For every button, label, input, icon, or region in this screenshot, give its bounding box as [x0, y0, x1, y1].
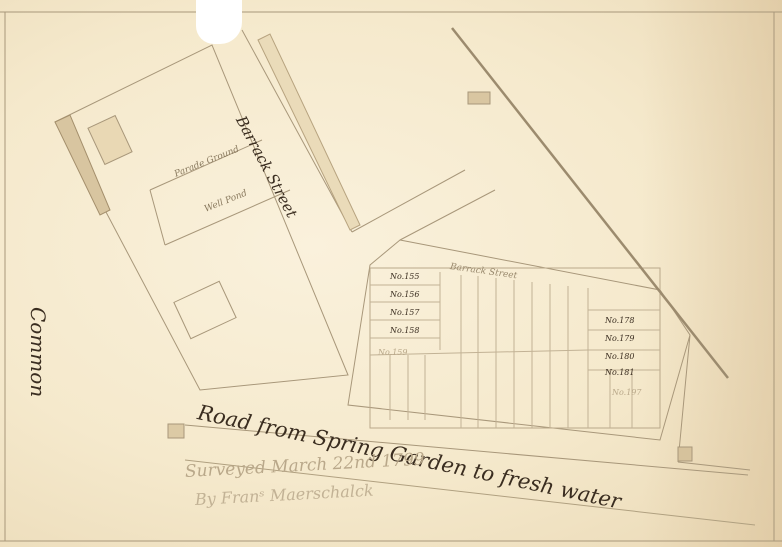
- lot-label: No.159: [378, 348, 408, 357]
- lot-label: No.197: [612, 388, 642, 397]
- lot-label: No.157: [390, 308, 420, 317]
- historic-survey-map: Road from Spring Garden to fresh water B…: [0, 0, 782, 547]
- paper-tear: [196, 0, 242, 44]
- lot-label: No.181: [605, 368, 635, 377]
- lot-label: No.178: [605, 316, 635, 325]
- common-label: Common: [26, 307, 50, 397]
- lot-label: No.158: [390, 326, 420, 335]
- lot-label: No.180: [605, 352, 635, 361]
- lot-label: No.155: [390, 272, 420, 281]
- lot-label: No.156: [390, 290, 420, 299]
- lot-label: No.179: [605, 334, 635, 343]
